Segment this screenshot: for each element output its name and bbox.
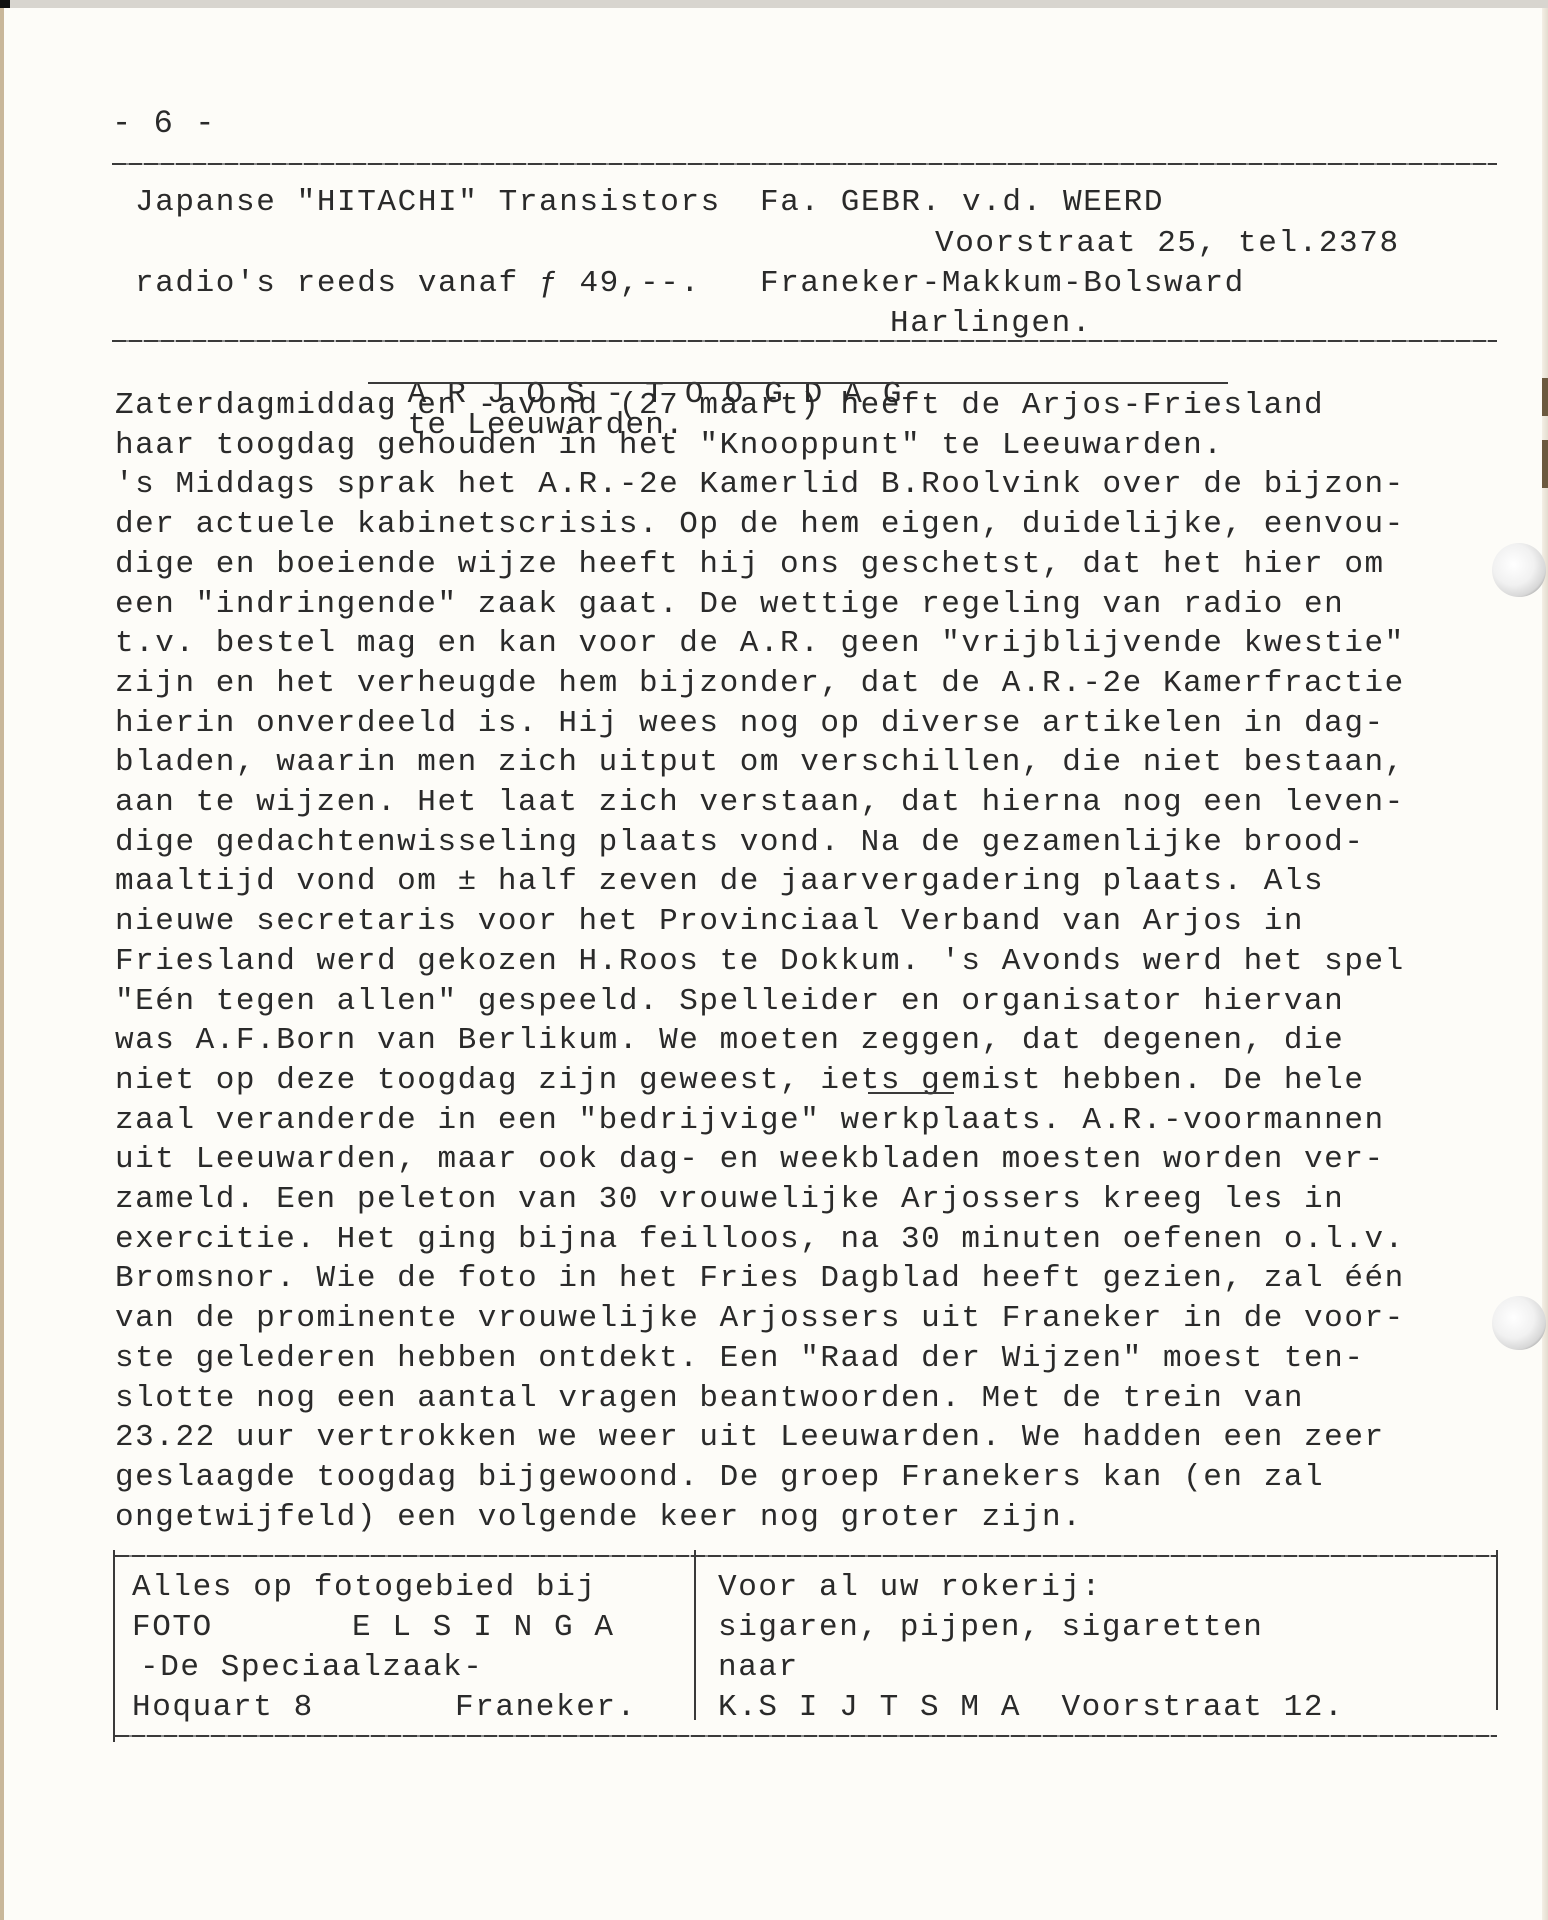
article-line: der actuele kabinetscrisis. Op de hem ei… — [115, 509, 1405, 540]
article-line: zijn en het verheugde hem bijzonder, dat… — [115, 668, 1405, 699]
footer-box-right — [1496, 1550, 1498, 1710]
scan-left-edge — [0, 8, 4, 1920]
emphasis-underline — [868, 1092, 954, 1094]
article-line: maaltijd vond om ± half zeven de jaarver… — [115, 866, 1324, 897]
footer-right-line1: Voor al uw rokerij: — [718, 1572, 1102, 1603]
binding-mark — [1542, 378, 1548, 416]
article-line: bladen, waarin men zich uitput om versch… — [115, 747, 1405, 778]
header-ad-right-line2: Voorstraat 25, tel.2378 — [935, 228, 1400, 259]
article-line: zaal veranderde in een "bedrijvige" werk… — [115, 1105, 1385, 1136]
header-ad-right-line3: Franeker-Makkum-Bolsward — [760, 268, 1245, 299]
footer-left-line4b: Franeker. — [455, 1692, 637, 1723]
article-line: van de prominente vrouwelijke Arjossers … — [115, 1303, 1405, 1334]
article-line: een "indringende" zaak gaat. De wettige … — [115, 589, 1344, 620]
footer-box-bottom — [115, 1735, 1497, 1737]
article-line: 's Middags sprak het A.R.-2e Kamerlid B.… — [115, 469, 1405, 500]
punch-hole — [1492, 543, 1546, 597]
article-line: "Eén tegen allen" gespeeld. Spelleider e… — [115, 986, 1344, 1017]
footer-left-line4a: Hoquart 8 — [132, 1692, 314, 1723]
footer-left-line3: -De Speciaalzaak- — [140, 1652, 483, 1683]
article-line: nieuwe secretaris voor het Provinciaal V… — [115, 906, 1304, 937]
article-line: slotte nog een aantal vragen beantwoorde… — [115, 1383, 1304, 1414]
article-line: dige en boeiende wijze heeft hij ons ges… — [115, 549, 1385, 580]
footer-box-left — [113, 1550, 115, 1742]
article-line: ongetwijfeld) een volgende keer nog grot… — [115, 1502, 1082, 1533]
article-line: was A.F.Born van Berlikum. We moeten zeg… — [115, 1025, 1344, 1056]
article-line: Zaterdagmiddag en -avond (27 maart) heef… — [115, 390, 1324, 421]
footer-box-divider — [694, 1550, 696, 1720]
footer-left-line2a: FOTO — [132, 1612, 213, 1643]
article-line: t.v. bestel mag en kan voor de A.R. geen… — [115, 628, 1405, 659]
footer-left-line2b: E L S I N G A — [352, 1612, 615, 1643]
article-line: niet op deze toogdag zijn geweest, iets … — [115, 1065, 1365, 1096]
article-line: zameld. Een peleton van 30 vrouwelijke A… — [115, 1184, 1344, 1215]
article-line: Bromsnor. Wie de foto in het Fries Dagbl… — [115, 1263, 1405, 1294]
divider — [112, 340, 1497, 342]
footer-right-line4: K.S I J T S M A Voorstraat 12. — [718, 1692, 1344, 1723]
article-line: hierin onverdeeld is. Hij wees nog op di… — [115, 708, 1385, 739]
header-ad-right-line4: Harlingen. — [890, 308, 1092, 339]
footer-box-top — [115, 1555, 1497, 1557]
article-line: ste gelederen hebben ontdekt. Een "Raad … — [115, 1343, 1365, 1374]
article-line: aan te wijzen. Het laat zich verstaan, d… — [115, 787, 1405, 818]
title-underline — [368, 382, 1228, 384]
divider — [112, 163, 1497, 165]
article-line: haar toogdag gehouden in het "Knooppunt"… — [115, 430, 1223, 461]
footer-right-line3: naar — [718, 1652, 799, 1683]
footer-left-line1: Alles op fotogebied bij — [132, 1572, 597, 1603]
article-line: Friesland werd gekozen H.Roos te Dokkum.… — [115, 946, 1405, 977]
scan-right-edge — [1542, 8, 1548, 1920]
page-number: - 6 - — [112, 108, 216, 140]
footer-right-line2: sigaren, pijpen, sigaretten — [718, 1612, 1263, 1643]
punch-hole — [1492, 1296, 1546, 1350]
article-line: geslaagde toogdag bijgewoond. De groep F… — [115, 1462, 1324, 1493]
article-line: exercitie. Het ging bijna feilloos, na 3… — [115, 1224, 1405, 1255]
article-line: 23.22 uur vertrokken we weer uit Leeuwar… — [115, 1422, 1385, 1453]
header-ad-left-line2: radio's reeds vanaf ƒ 49,--. — [135, 268, 701, 299]
binding-mark — [1542, 440, 1548, 488]
header-ad-right-line1: Fa. GEBR. v.d. WEERD — [760, 187, 1164, 218]
header-ad-left-line1: Japanse "HITACHI" Transistors — [135, 187, 721, 218]
article-line: uit Leeuwarden, maar ook dag- en weekbla… — [115, 1144, 1385, 1175]
article-line: dige gedachtenwisseling plaats vond. Na … — [115, 827, 1365, 858]
scan-top-edge — [0, 0, 1548, 8]
